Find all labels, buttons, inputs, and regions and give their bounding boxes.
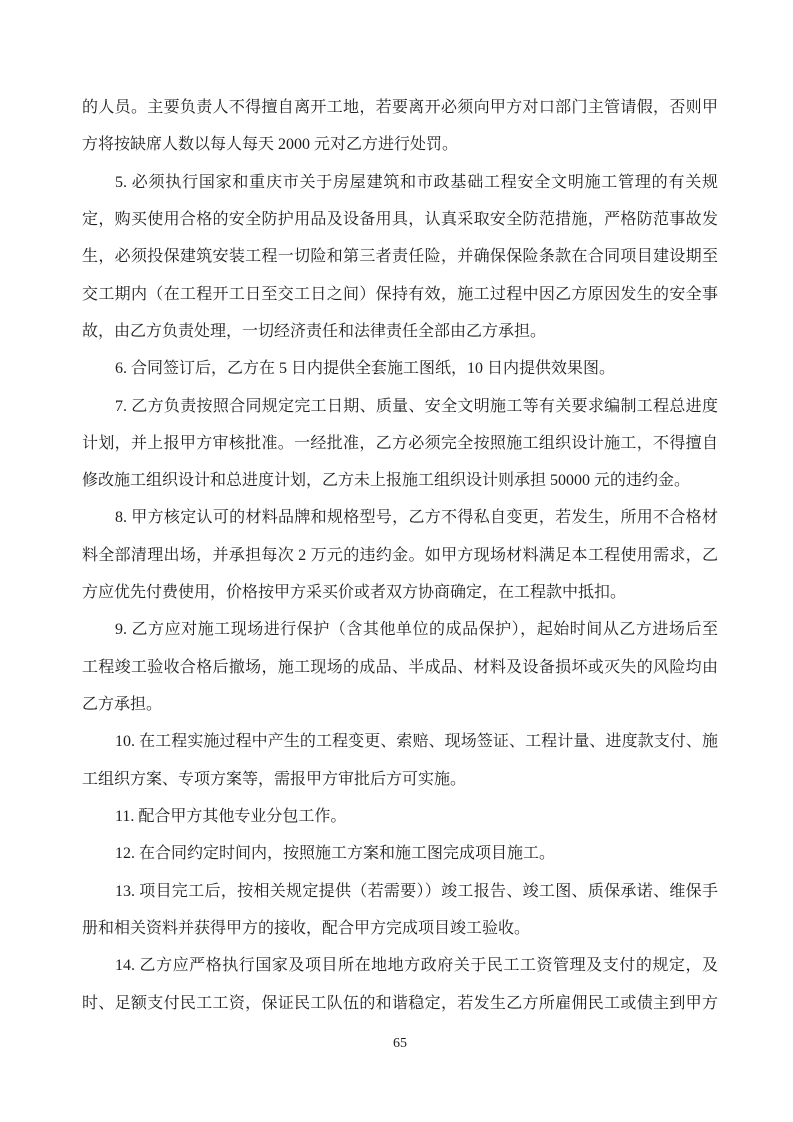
- text-line: 修改施工组织设计和总进度计划，乙方未上报施工组织设计则承担 50000 元的违约…: [82, 462, 718, 499]
- text-line: 方将按缺席人数以每人每天 2000 元对乙方进行处罚。: [82, 126, 718, 163]
- text-line: 8. 甲方核定认可的材料品牌和规格型号，乙方不得私自变更，若发生，所用不合格材: [82, 499, 718, 536]
- text-line: 时、足额支付民工工资，保证民工队伍的和谐稳定，若发生乙方所雇佣民工或债主到甲方: [82, 985, 718, 1022]
- text-line: 11. 配合甲方其他专业分包工作。: [82, 798, 718, 835]
- text-line: 7. 乙方负责按照合同规定完工日期、质量、安全文明施工等有关要求编制工程总进度: [82, 388, 718, 425]
- text-line: 交工期内（在工程开工日至交工日之间）保持有效，施工过程中因乙方原因发生的安全事: [82, 276, 718, 313]
- text-line: 方应优先付费使用，价格按甲方采买价或者双方协商确定，在工程款中抵扣。: [82, 574, 718, 611]
- document-body: 的人员。主要负责人不得擅自离开工地，若要离开必须向甲方对口部门主管请假，否则甲 …: [82, 89, 718, 1022]
- text-line: 册和相关资料并获得甲方的接收，配合甲方完成项目竣工验收。: [82, 910, 718, 947]
- text-line: 9. 乙方应对施工现场进行保护（含其他单位的成品保护），起始时间从乙方进场后至: [82, 611, 718, 648]
- text-line: 料全部清理出场，并承担每次 2 万元的违约金。如甲方现场材料满足本工程使用需求，…: [82, 537, 718, 574]
- document-page: { "document": { "lines": [ "的人员。主要负责人不得擅…: [0, 0, 793, 1122]
- text-line: 13. 项目完工后，按相关规定提供（若需要））竣工报告、竣工图、质保承诺、维保手: [82, 873, 718, 910]
- text-line: 定，购买使用合格的安全防护用品及设备用具，认真采取安全防范措施，严格防范事故发: [82, 201, 718, 238]
- page-number: 65: [82, 1031, 718, 1057]
- text-line: 故，由乙方负责处理，一切经济责任和法律责任全部由乙方承担。: [82, 313, 718, 350]
- text-line: 计划，并上报甲方审核批准。一经批准，乙方必须完全按照施工组织设计施工，不得擅自: [82, 425, 718, 462]
- text-line: 6. 合同签订后，乙方在 5 日内提供全套施工图纸，10 日内提供效果图。: [82, 350, 718, 387]
- text-line: 14. 乙方应严格执行国家及项目所在地地方政府关于民工工资管理及支付的规定，及: [82, 947, 718, 984]
- text-line: 乙方承担。: [82, 686, 718, 723]
- text-line: 10. 在工程实施过程中产生的工程变更、索赔、现场签证、工程计量、进度款支付、施: [82, 723, 718, 760]
- text-line: 生，必须投保建筑安装工程一切险和第三者责任险，并确保保险条款在合同项目建设期至: [82, 238, 718, 275]
- text-line: 的人员。主要负责人不得擅自离开工地，若要离开必须向甲方对口部门主管请假，否则甲: [82, 89, 718, 126]
- text-line: 12. 在合同约定时间内，按照施工方案和施工图完成项目施工。: [82, 835, 718, 872]
- text-line: 5. 必须执行国家和重庆市关于房屋建筑和市政基础工程安全文明施工管理的有关规: [82, 164, 718, 201]
- text-line: 工程竣工验收合格后撤场，施工现场的成品、半成品、材料及设备损坏或灭失的风险均由: [82, 649, 718, 686]
- text-line: 工组织方案、专项方案等，需报甲方审批后方可实施。: [82, 761, 718, 798]
